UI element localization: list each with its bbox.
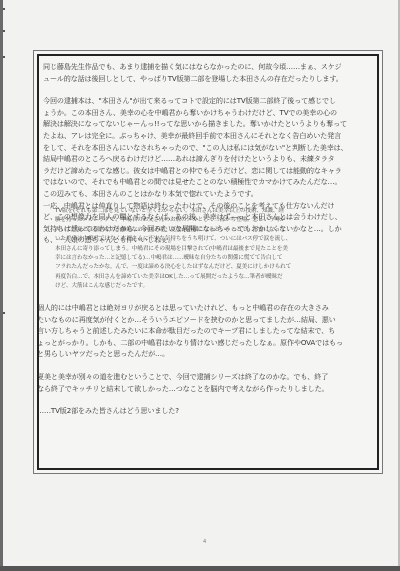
paragraph-opinion: 個人的には中嶋君とは絶対ヨリが戻るとは思っていたけれど、もっと中嶋君の存在の大き… <box>37 302 377 360</box>
paragraph-question: ……TV版2部をみた皆さんはどう思いました? <box>37 405 377 417</box>
paragraph-series-end: 夏美と美幸が別々の道を進むということで、今回で逮捕シリーズは終了なのかな。でも、… <box>37 371 377 394</box>
synopsis-note: TV版を(それも第二部を見ていないと全くわからない。本田さんは美幸以上の技術、知… <box>55 207 307 292</box>
binding-mark <box>3 30 5 32</box>
scan-bottom-edge <box>0 566 400 571</box>
paragraph-intro: 同じ藤島先生作品でも、あまり逮捕を描く気にはならなかったのに、何故今頃……まぁ、… <box>43 61 373 84</box>
lower-text-block: 個人的には中嶋君とは絶対ヨリが戻るとは思っていたけれど、もっと中嶋君の存在の大き… <box>37 302 377 428</box>
scan-left-edge <box>0 0 3 571</box>
binding-mark <box>3 8 5 10</box>
binding-mark <box>3 312 5 314</box>
page-number: 4 <box>203 539 206 545</box>
binding-mark <box>3 56 5 58</box>
